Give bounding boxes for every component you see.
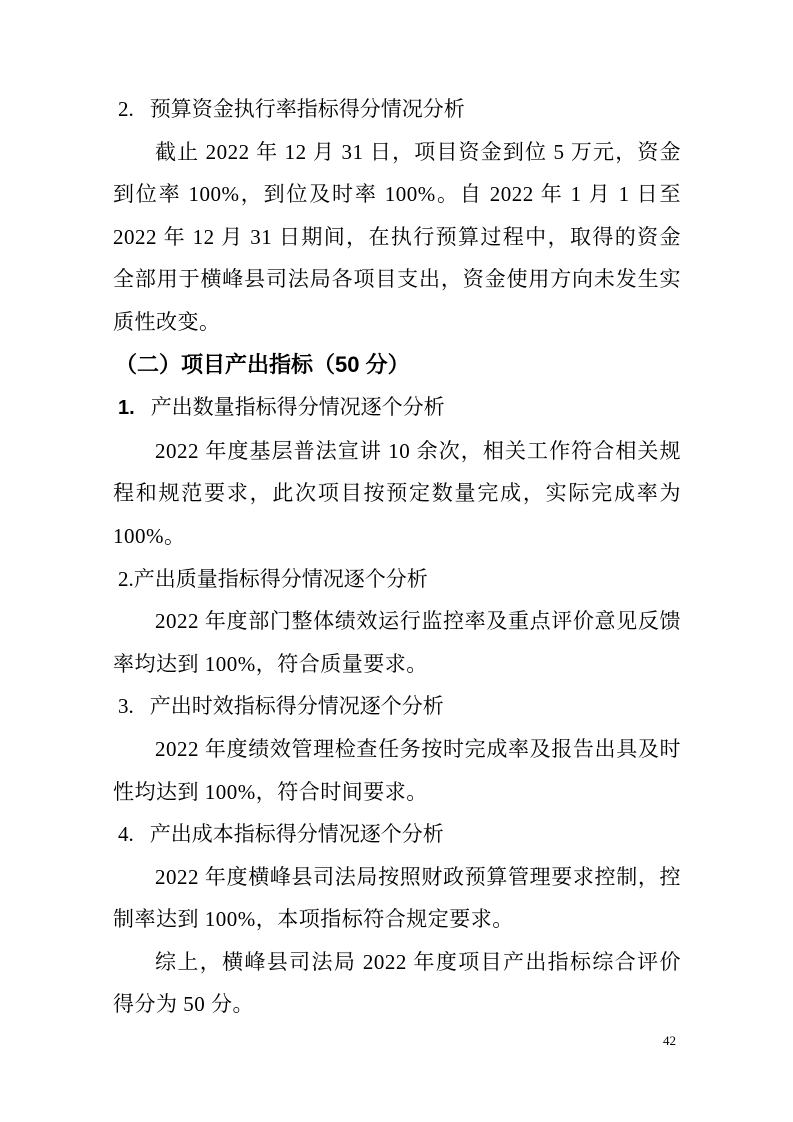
item-number: 1. <box>118 387 135 430</box>
item-heading-output-timeliness: 3.产出时效指标得分情况逐个分析 <box>113 685 681 728</box>
paragraph-output-timeliness-analysis: 2022 年度绩效管理检查任务按时完成率及报告出具及时性均达到 100%，符合时… <box>113 728 681 813</box>
paragraph-output-quantity-analysis: 2022 年度基层普法宣讲 10 余次，相关工作符合相关规程和规范要求，此次项目… <box>113 430 681 558</box>
document-body: 2.预算资金执行率指标得分情况分析 截止 2022 年 12 月 31 日，项目… <box>113 88 681 1026</box>
section-heading-project-output: （二）项目产出指标（50 分） <box>113 344 681 387</box>
item-heading-output-cost: 4.产出成本指标得分情况逐个分析 <box>113 813 681 856</box>
item-heading-output-quality: 2.产出质量指标得分情况逐个分析 <box>113 558 681 601</box>
item-heading-text: 产出质量指标得分情况逐个分析 <box>134 567 428 591</box>
document-page: 2.预算资金执行率指标得分情况分析 截止 2022 年 12 月 31 日，项目… <box>0 0 793 1122</box>
item-number: 2. <box>118 558 134 601</box>
item-heading-output-quantity: 1.产出数量指标得分情况逐个分析 <box>113 386 681 430</box>
item-heading-text: 产出成本指标得分情况逐个分析 <box>150 822 444 846</box>
page-number: 42 <box>663 1033 676 1049</box>
item-number: 3. <box>118 685 134 728</box>
paragraph-output-cost-analysis: 2022 年度横峰县司法局按照财政预算管理要求控制，控制率达到 100%，本项指… <box>113 856 681 941</box>
item-number: 2. <box>118 88 134 131</box>
paragraph-budget-execution-analysis: 截止 2022 年 12 月 31 日，项目资金到位 5 万元，资金到位率 10… <box>113 131 681 344</box>
item-heading-text: 预算资金执行率指标得分情况分析 <box>150 97 465 121</box>
paragraph-output-quality-analysis: 2022 年度部门整体绩效运行监控率及重点评价意见反馈率均达到 100%，符合质… <box>113 600 681 685</box>
item-number: 4. <box>118 813 134 856</box>
item-heading-text: 产出时效指标得分情况逐个分析 <box>150 694 444 718</box>
paragraph-output-summary: 综上，横峰县司法局 2022 年度项目产出指标综合评价得分为 50 分。 <box>113 941 681 1026</box>
item-heading-budget-execution: 2.预算资金执行率指标得分情况分析 <box>113 88 681 131</box>
item-heading-text: 产出数量指标得分情况逐个分析 <box>151 395 445 419</box>
